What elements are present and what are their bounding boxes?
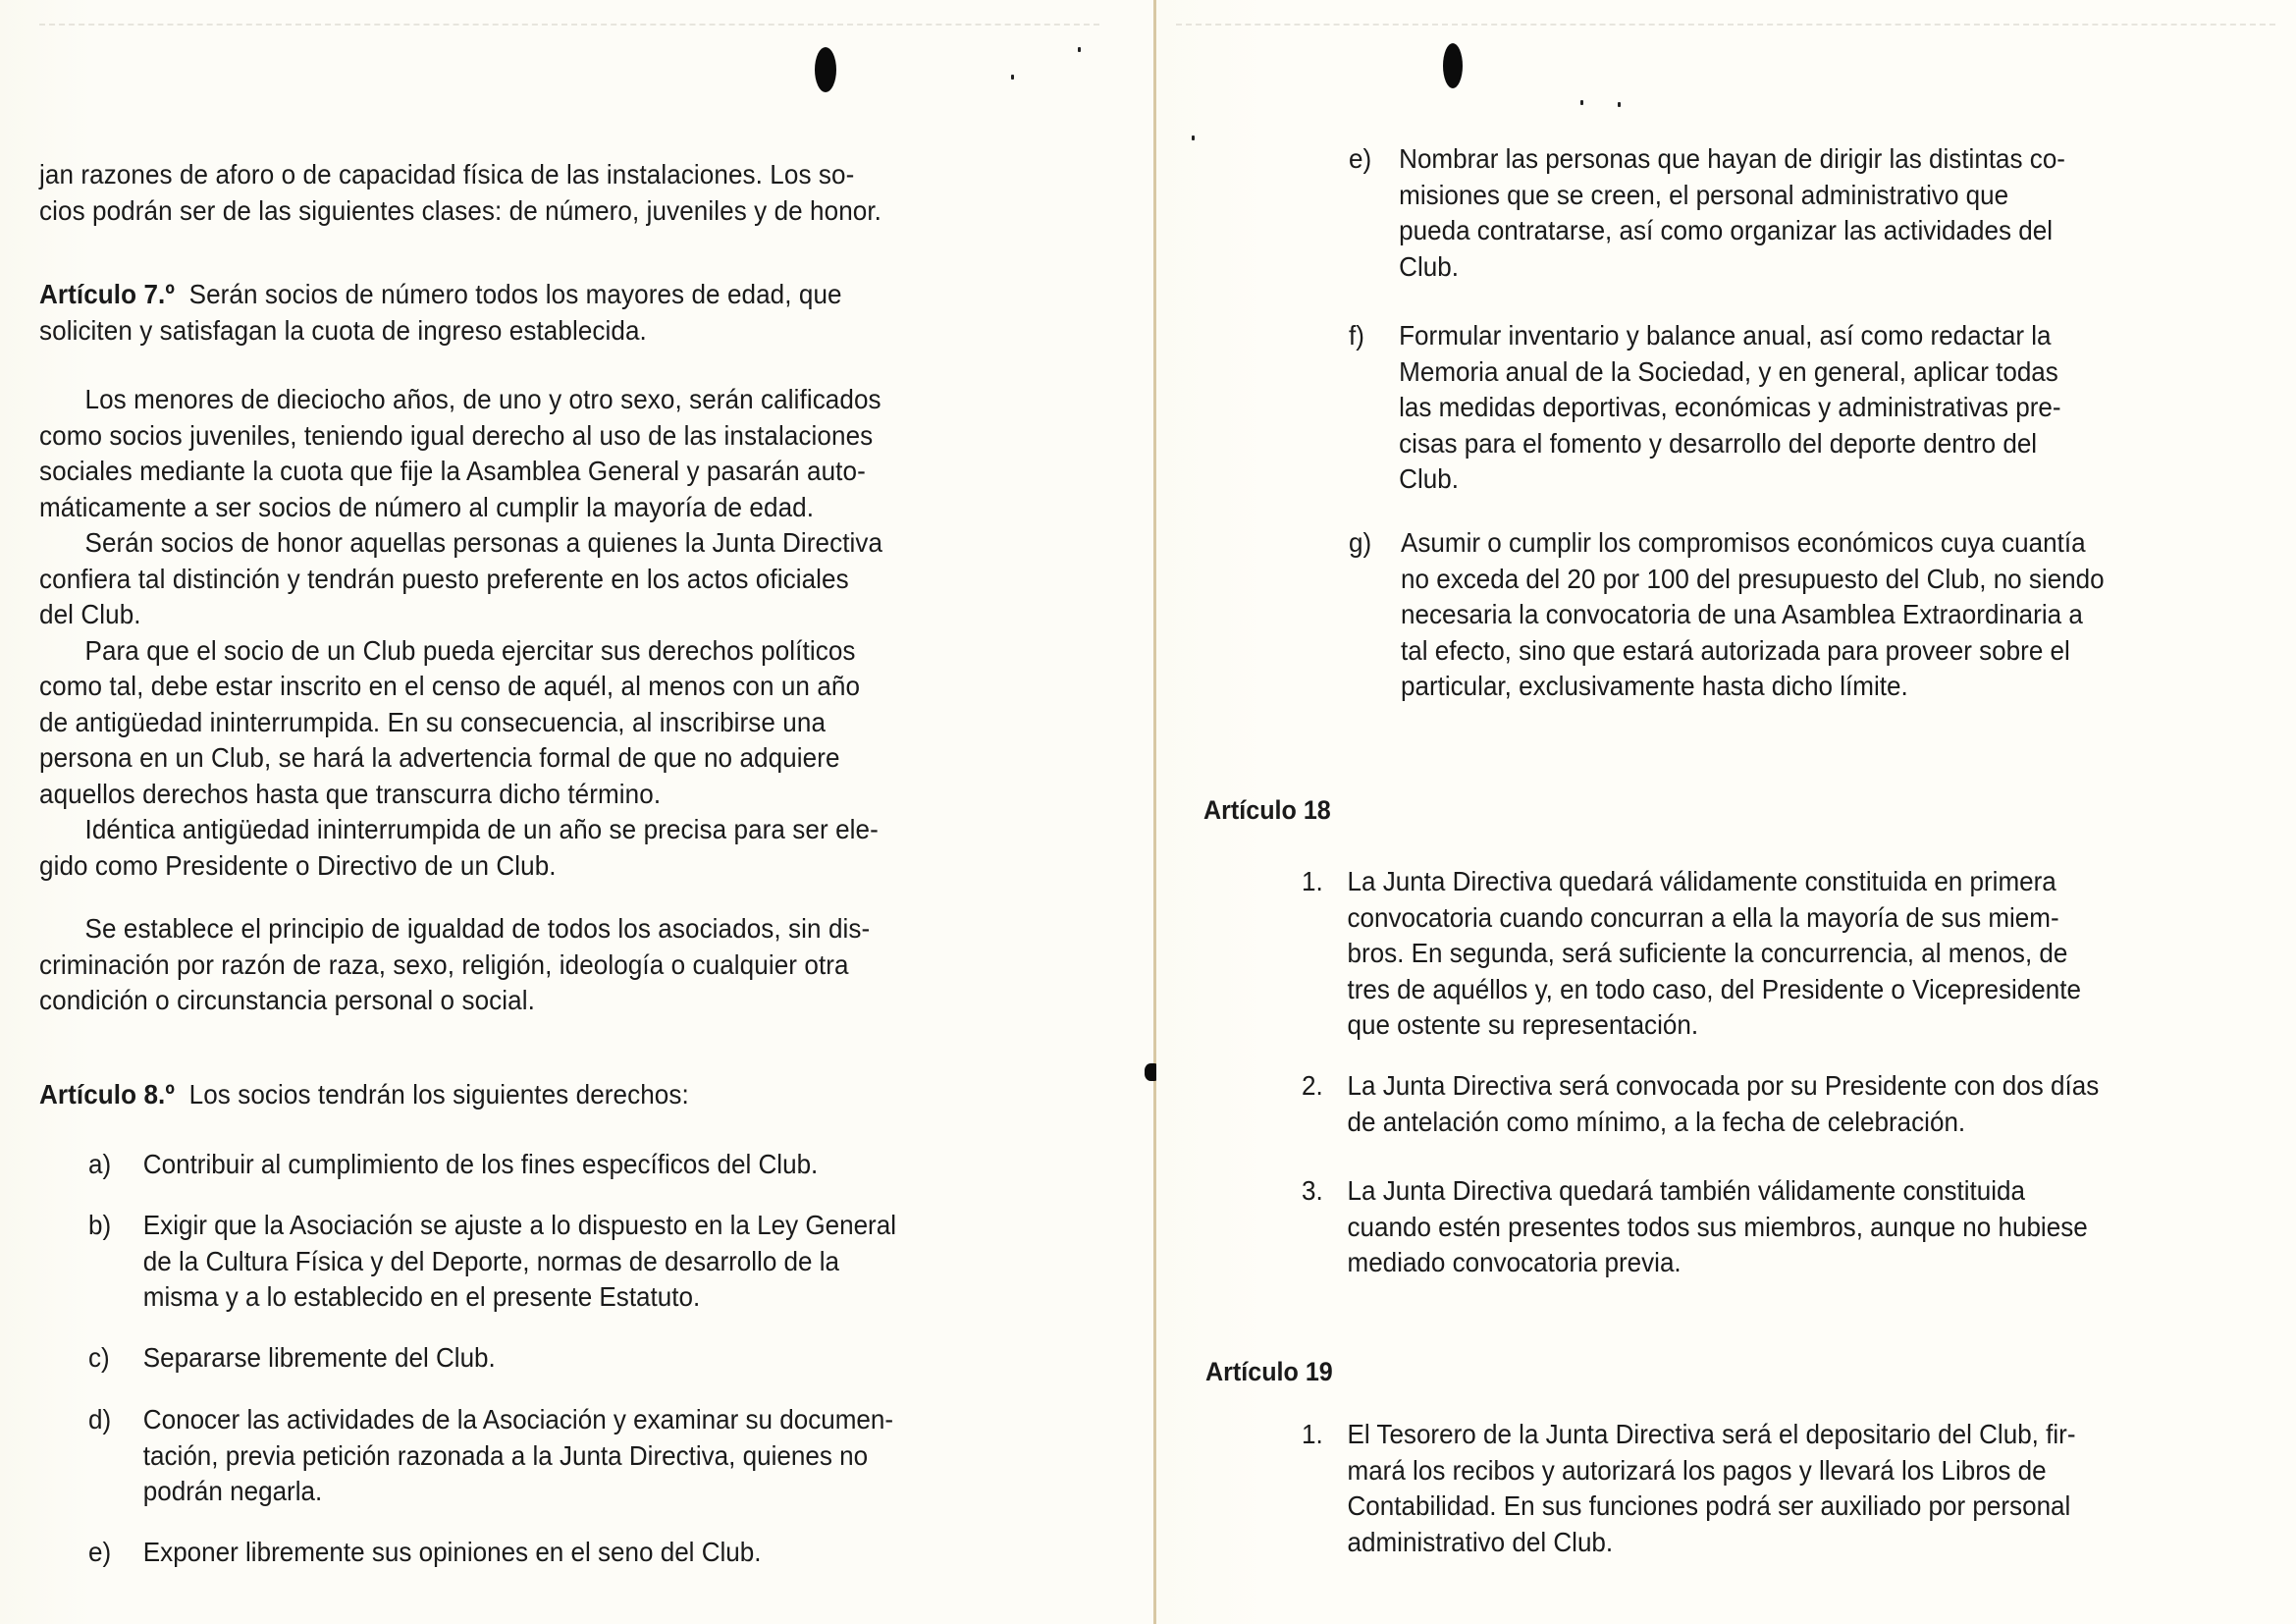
text-line: criminación por razón de raza, sexo, rel… — [39, 947, 1090, 984]
text-line: Club. — [1399, 249, 2248, 286]
text-line: pueda contratarse, así como organizar la… — [1399, 213, 2248, 249]
text-line: confiera tal distinción y tendrán puesto… — [39, 562, 1090, 598]
text-line: Nombrar las personas que hayan de dirigi… — [1399, 141, 2248, 178]
text-line: Asumir o cumplir los compromisos económi… — [1401, 525, 2250, 562]
text-line: soliciten y satisfagan la cuota de ingre… — [39, 313, 1090, 350]
list-label: 3. — [1302, 1173, 1323, 1210]
text-line: Se establece el principio de igualdad de… — [39, 911, 1090, 947]
text-line: que ostente su representación. — [1348, 1007, 2233, 1044]
text-line: tres de aquéllos y, en todo caso, del Pr… — [1348, 972, 2233, 1008]
scan-speck — [1078, 47, 1081, 52]
text-line: El Tesorero de la Junta Directiva será e… — [1348, 1417, 2233, 1453]
text-line: de la Cultura Física y del Deporte, norm… — [143, 1244, 1093, 1280]
scan-artifact-rule — [39, 24, 1099, 27]
text-line: Idéntica antigüedad ininterrumpida de un… — [39, 812, 1090, 848]
text-line: tal efecto, sino que estará autorizada p… — [1401, 633, 2250, 670]
text-line: Contribuir al cumplimiento de los fines … — [143, 1147, 1093, 1183]
list-label: 1. — [1302, 864, 1323, 900]
article-7-intro-line: Artículo 7.º Serán socios de número todo… — [39, 277, 1090, 313]
text-line: de antigüedad ininterrumpida. En su cons… — [39, 705, 1090, 741]
scan-speck — [1192, 135, 1195, 140]
list-label: a) — [88, 1147, 111, 1183]
punch-hole-right — [1443, 43, 1463, 88]
article-7-heading: Artículo 7.º — [39, 279, 175, 309]
text-line: Memoria anual de la Sociedad, y en gener… — [1399, 354, 2248, 391]
text-line: aquellos derechos hasta que transcurra d… — [39, 777, 1090, 813]
right-page: e) Nombrar las personas que hayan de dir… — [1156, 0, 2296, 1624]
text-line: Para que el socio de un Club pueda ejerc… — [39, 633, 1090, 670]
article-7-paragraph-equality: Se establece el principio de igualdad de… — [39, 911, 1090, 1019]
text-line: misiones que se creen, el personal admin… — [1399, 178, 2248, 214]
text-line: Exponer libremente sus opiniones en el s… — [143, 1535, 1093, 1571]
article-18-heading: Artículo 18 — [1203, 795, 1331, 826]
text-line: tación, previa petición razonada a la Ju… — [143, 1438, 1093, 1475]
text-line: La Junta Directiva quedará válidamente c… — [1348, 864, 2233, 900]
text-line: Serán socios de honor aquellas personas … — [39, 525, 1090, 562]
text-line: condición o circunstancia personal o soc… — [39, 983, 1090, 1019]
article-8-intro: Los socios tendrán los siguientes derech… — [189, 1079, 689, 1110]
text-line: gido como Presidente o Directivo de un C… — [39, 848, 1090, 885]
list-label: 2. — [1302, 1068, 1323, 1105]
text-line: sociales mediante la cuota que fije la A… — [39, 454, 1090, 490]
text-line: Los menores de dieciocho años, de uno y … — [39, 382, 1090, 418]
scan-speck — [1618, 102, 1621, 107]
article-7-paragraph-minors: Los menores de dieciocho años, de uno y … — [39, 382, 1090, 884]
list-label: f) — [1349, 318, 1364, 354]
text-line: mará los recibos y autorizará los pagos … — [1348, 1453, 2233, 1489]
list-label: c) — [88, 1340, 110, 1377]
article-8: Artículo 8.º Los socios tendrán los sigu… — [39, 1077, 1090, 1113]
list-label: d) — [88, 1402, 111, 1438]
text-line: cios podrán ser de las siguientes clases… — [39, 193, 1090, 230]
text-line: misma y a lo establecido en el presente … — [143, 1279, 1093, 1316]
list-label: e) — [88, 1535, 111, 1571]
list-label: g) — [1349, 525, 1371, 562]
scanned-document-spread: jan razones de aforo o de capacidad físi… — [0, 0, 2296, 1624]
list-label: 1. — [1302, 1417, 1323, 1453]
text-line: como socios juveniles, teniendo igual de… — [39, 418, 1090, 455]
scan-artifact-rule — [1176, 24, 2275, 27]
text-line: no exceda del 20 por 100 del presupuesto… — [1401, 562, 2250, 598]
text-line: Exigir que la Asociación se ajuste a lo … — [143, 1208, 1093, 1244]
text-line: las medidas deportivas, económicas y adm… — [1399, 390, 2248, 426]
list-label: b) — [88, 1208, 111, 1244]
left-page: jan razones de aforo o de capacidad físi… — [0, 0, 1154, 1624]
text-line: de antelación como mínimo, a la fecha de… — [1348, 1105, 2233, 1141]
scan-speck — [1011, 75, 1014, 80]
text-line: bros. En segunda, será suficiente la con… — [1348, 936, 2233, 972]
text-line: mediado convocatoria previa. — [1348, 1245, 2233, 1281]
scan-speck — [1580, 100, 1583, 105]
text-line: cisas para el fomento y desarrollo del d… — [1399, 426, 2248, 462]
text-line: Club. — [1399, 461, 2248, 498]
text-line: máticamente a ser socios de número al cu… — [39, 490, 1090, 526]
punch-hole-left — [815, 47, 836, 92]
text-line: Separarse libremente del Club. — [143, 1340, 1093, 1377]
list-label: e) — [1349, 141, 1371, 178]
text-line: La Junta Directiva será convocada por su… — [1348, 1068, 2233, 1105]
text-line: persona en un Club, se hará la advertenc… — [39, 740, 1090, 777]
text-line: cuando estén presentes todos sus miembro… — [1348, 1210, 2233, 1246]
text-line: del Club. — [39, 597, 1090, 633]
text-line: administrativo del Club. — [1348, 1525, 2233, 1561]
text-line: particular, exclusivamente hasta dicho l… — [1401, 669, 2250, 705]
article-19-heading: Artículo 19 — [1205, 1357, 1333, 1387]
text-line: necesaria la convocatoria de una Asamble… — [1401, 597, 2250, 633]
text-line: La Junta Directiva quedará también válid… — [1348, 1173, 2233, 1210]
text-line: Conocer las actividades de la Asociación… — [143, 1402, 1093, 1438]
text-line: como tal, debe estar inscrito en el cens… — [39, 669, 1090, 705]
article-7: Artículo 7.º Serán socios de número todo… — [39, 277, 1090, 349]
text-line: convocatoria cuando concurran a ella la … — [1348, 900, 2233, 937]
text-line: Formular inventario y balance anual, así… — [1399, 318, 2248, 354]
text-line: jan razones de aforo o de capacidad físi… — [39, 157, 1090, 193]
text-line: Contabilidad. En sus funciones podrá ser… — [1348, 1489, 2233, 1525]
continuation-paragraph: jan razones de aforo o de capacidad físi… — [39, 157, 1090, 229]
text-line: podrán negarla. — [143, 1474, 1093, 1510]
article-8-heading: Artículo 8.º — [39, 1079, 175, 1110]
